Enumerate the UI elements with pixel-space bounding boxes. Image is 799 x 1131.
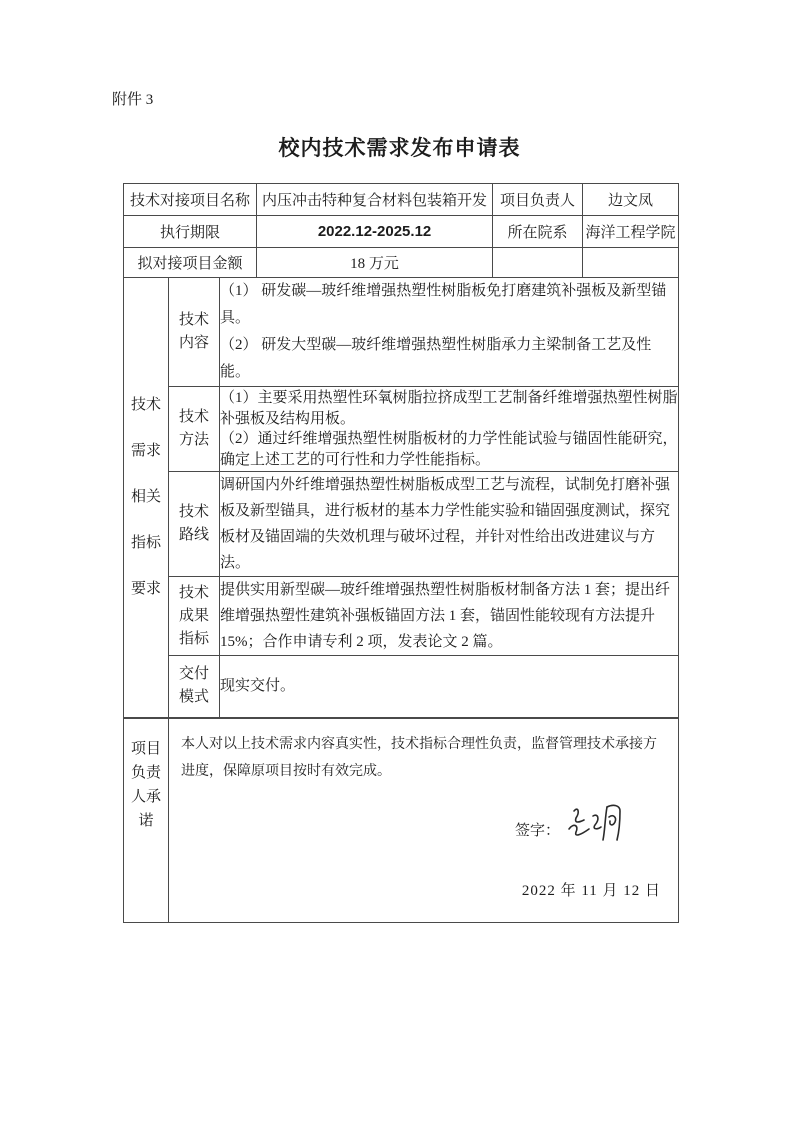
project-leader-label: 项目负责人	[493, 184, 583, 216]
tech-outcome-label: 技术 成果 指标	[169, 577, 220, 656]
table-row-tech-route: 技术 路线 调研国内外纤维增强热塑性树脂板成型工艺与流程，试制免打磨补强板及新型…	[124, 472, 679, 577]
tech-method-label: 技术 方法	[169, 387, 220, 472]
commitment-text: 本人对以上技术需求内容真实性，技术指标合理性负责，监督管理技术承接方进度，保障原…	[181, 731, 666, 785]
table-row-delivery-mode: 交付 模式 现实交付。	[124, 656, 679, 718]
amount-value: 18 万元	[257, 248, 493, 278]
table-row-duration: 执行期限 2022.12-2025.12 所在院系 海洋工程学院	[124, 216, 679, 248]
table-row-tech-content: 技术 需求 相关 指标 要求 技术 内容 （1） 研发碳—玻纤维增强热塑性树脂板…	[124, 278, 679, 387]
handwritten-signature	[564, 799, 626, 851]
department-label: 所在院系	[493, 216, 583, 248]
table-row-commitment: 项目 负责 人承 诺 本人对以上技术需求内容真实性，技术指标合理性负责，监督管理…	[124, 718, 679, 923]
table-row-tech-method: 技术 方法 （1）主要采用热塑性环氧树脂拉挤成型工艺制备纤维增强热塑性树脂补强板…	[124, 387, 679, 472]
tech-outcome-value: 提供实用新型碳—玻纤维增强热塑性树脂板材制备方法 1 套；提出纤维增强热塑性建筑…	[220, 577, 679, 656]
tech-content-value: （1） 研发碳—玻纤维增强热塑性树脂板免打磨建筑补强板及新型锚具。 （2） 研发…	[220, 278, 679, 387]
page-title: 校内技术需求发布申请表	[0, 132, 799, 162]
tech-content-label: 技术 内容	[169, 278, 220, 387]
commitment-inner: 本人对以上技术需求内容真实性，技术指标合理性负责，监督管理技术承接方进度，保障原…	[169, 719, 678, 922]
empty-cell	[493, 248, 583, 278]
signature-label: 签字：	[515, 819, 560, 840]
project-name-value: 内压冲击特种复合材料包装箱开发	[257, 184, 493, 216]
attachment-label: 附件 3	[112, 88, 153, 109]
table-row-amount: 拟对接项目金额 18 万元	[124, 248, 679, 278]
project-name-label: 技术对接项目名称	[124, 184, 257, 216]
table-row-tech-outcome: 技术 成果 指标 提供实用新型碳—玻纤维增强热塑性树脂板材制备方法 1 套；提出…	[124, 577, 679, 656]
department-value: 海洋工程学院	[583, 216, 679, 248]
amount-label: 拟对接项目金额	[124, 248, 257, 278]
tech-section-side-label: 技术 需求 相关 指标 要求	[124, 278, 169, 718]
duration-label: 执行期限	[124, 216, 257, 248]
tech-route-label: 技术 路线	[169, 472, 220, 577]
delivery-mode-label: 交付 模式	[169, 656, 220, 718]
project-leader-value: 边文凤	[583, 184, 679, 216]
tech-method-value: （1）主要采用热塑性环氧树脂拉挤成型工艺制备纤维增强热塑性树脂补强板及结构用板。…	[220, 387, 679, 472]
duration-value: 2022.12-2025.12	[257, 216, 493, 248]
empty-cell	[583, 248, 679, 278]
commitment-cell: 本人对以上技术需求内容真实性，技术指标合理性负责，监督管理技术承接方进度，保障原…	[169, 718, 679, 923]
delivery-mode-value: 现实交付。	[220, 656, 679, 718]
tech-route-value: 调研国内外纤维增强热塑性树脂板成型工艺与流程，试制免打磨补强板及新型锚具，进行板…	[220, 472, 679, 577]
signature-date: 2022 年 11 月 12 日	[522, 879, 661, 900]
table-row-project-name: 技术对接项目名称 内压冲击特种复合材料包装箱开发 项目负责人 边文凤	[124, 184, 679, 216]
application-table: 技术对接项目名称 内压冲击特种复合材料包装箱开发 项目负责人 边文凤 执行期限 …	[123, 183, 679, 923]
signature-row: 签字：	[515, 799, 626, 861]
commitment-side-label: 项目 负责 人承 诺	[124, 718, 169, 923]
